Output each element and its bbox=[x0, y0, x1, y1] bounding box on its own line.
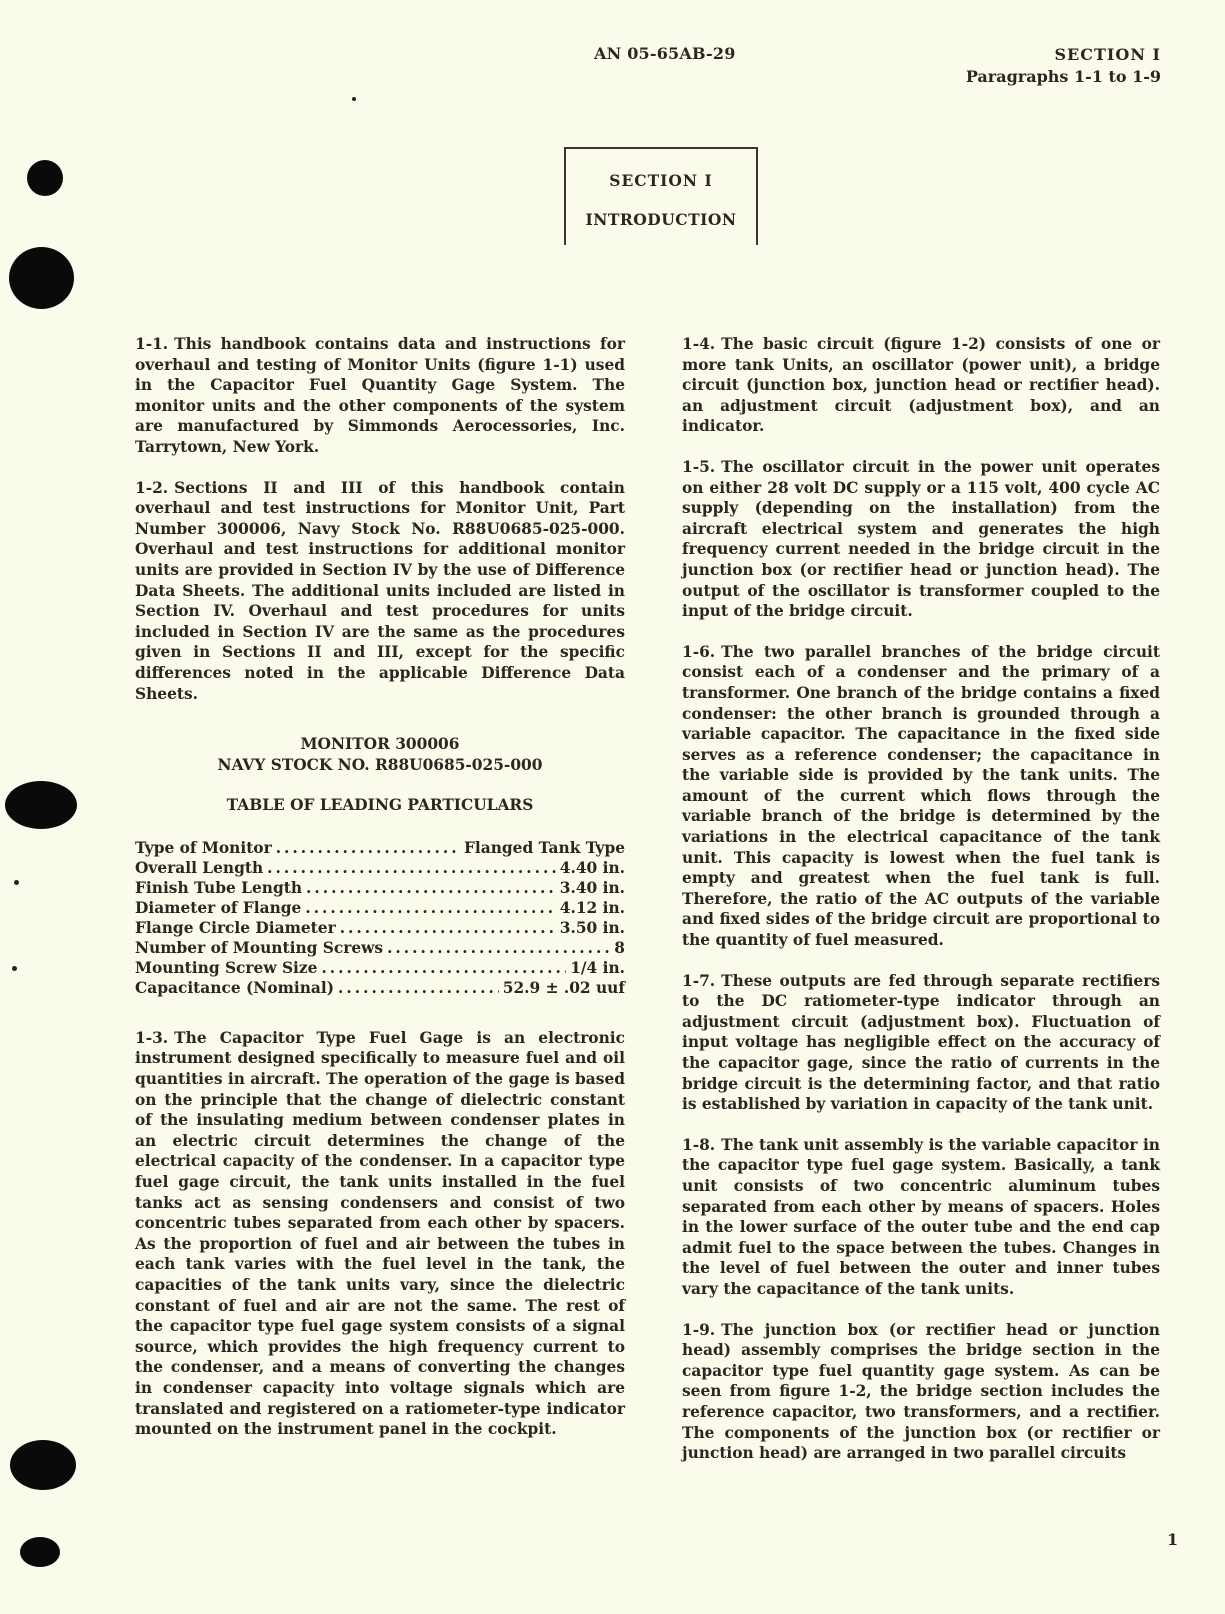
paragraph-1-1: 1-1.This handbook contains data and inst… bbox=[135, 334, 625, 458]
paragraph-number: 1-9. bbox=[682, 1321, 715, 1339]
running-header: SECTION I Paragraphs 1-1 to 1-9 bbox=[966, 44, 1161, 88]
particulars-row: Mounting Screw Size1/4 in. bbox=[135, 958, 625, 978]
scan-speck bbox=[12, 966, 17, 971]
paragraph-text: The Capacitor Type Fuel Gage is an elect… bbox=[135, 1029, 625, 1438]
particular-label: Overall Length bbox=[135, 858, 263, 878]
monitor-model: MONITOR 300006 bbox=[135, 734, 625, 755]
paragraph-1-5: 1-5.The oscillator circuit in the power … bbox=[682, 457, 1160, 622]
dot-leader bbox=[306, 878, 556, 898]
paragraph-1-4: 1-4.The basic circuit (figure 1-2) consi… bbox=[682, 334, 1160, 437]
leading-particulars-table: Type of MonitorFlanged Tank Type Overall… bbox=[135, 838, 625, 998]
particulars-row: Flange Circle Diameter3.50 in. bbox=[135, 918, 625, 938]
header-paragraph-range: Paragraphs 1-1 to 1-9 bbox=[966, 66, 1161, 88]
paragraph-text: The junction box (or rectifier head or j… bbox=[682, 1321, 1160, 1463]
particular-label: Type of Monitor bbox=[135, 838, 272, 858]
binder-hole-4 bbox=[10, 1440, 76, 1490]
dot-leader bbox=[321, 958, 566, 978]
particular-value: 4.12 in. bbox=[560, 898, 625, 918]
particular-value: 4.40 in. bbox=[560, 858, 625, 878]
particular-label: Capacitance (Nominal) bbox=[135, 978, 334, 998]
paragraph-number: 1-4. bbox=[682, 335, 715, 353]
table-title: TABLE OF LEADING PARTICULARS bbox=[135, 795, 625, 816]
scan-speck bbox=[352, 97, 356, 101]
dot-leader bbox=[276, 838, 460, 858]
particulars-row: Finish Tube Length3.40 in. bbox=[135, 878, 625, 898]
particulars-row: Diameter of Flange4.12 in. bbox=[135, 898, 625, 918]
particular-value: 3.50 in. bbox=[560, 918, 625, 938]
particular-value: 52.9 ± .02 uuf bbox=[503, 978, 625, 998]
header-section: SECTION I bbox=[966, 44, 1161, 66]
dot-leader bbox=[305, 898, 555, 918]
particular-value: 8 bbox=[614, 938, 625, 958]
particulars-row: Capacitance (Nominal)52.9 ± .02 uuf bbox=[135, 978, 625, 998]
particular-label: Finish Tube Length bbox=[135, 878, 302, 898]
paragraph-text: The basic circuit (figure 1-2) consists … bbox=[682, 335, 1160, 435]
dot-leader bbox=[340, 918, 556, 938]
dot-leader bbox=[267, 858, 556, 878]
document-number: AN 05-65AB-29 bbox=[594, 44, 736, 63]
particular-label: Diameter of Flange bbox=[135, 898, 301, 918]
page-number: 1 bbox=[1167, 1530, 1178, 1549]
dot-leader bbox=[387, 938, 610, 958]
paragraph-1-2: 1-2.Sections II and III of this handbook… bbox=[135, 478, 625, 705]
section-number: SECTION I bbox=[566, 171, 756, 190]
binder-hole-1 bbox=[27, 160, 63, 196]
scan-speck bbox=[14, 880, 19, 885]
section-title: INTRODUCTION bbox=[566, 210, 756, 229]
right-column: 1-4.The basic circuit (figure 1-2) consi… bbox=[682, 334, 1160, 1484]
paragraph-1-3: 1-3.The Capacitor Type Fuel Gage is an e… bbox=[135, 1028, 625, 1440]
paragraph-1-7: 1-7.These outputs are fed through separa… bbox=[682, 971, 1160, 1115]
paragraph-number: 1-7. bbox=[682, 972, 715, 990]
paragraph-text: This handbook contains data and instruct… bbox=[135, 335, 625, 456]
particulars-row: Number of Mounting Screws8 bbox=[135, 938, 625, 958]
paragraph-text: Sections II and III of this handbook con… bbox=[135, 479, 625, 703]
particular-value: 3.40 in. bbox=[560, 878, 625, 898]
paragraph-text: The two parallel branches of the bridge … bbox=[682, 643, 1160, 949]
navy-stock-number: NAVY STOCK NO. R88U0685-025-000 bbox=[135, 755, 625, 776]
particulars-row: Overall Length4.40 in. bbox=[135, 858, 625, 878]
binder-hole-3 bbox=[5, 781, 77, 829]
paragraph-number: 1-2. bbox=[135, 479, 168, 497]
binder-hole-5 bbox=[20, 1537, 60, 1567]
left-column: 1-1.This handbook contains data and inst… bbox=[135, 334, 625, 1460]
dot-leader bbox=[338, 978, 499, 998]
particular-value: 1/4 in. bbox=[570, 958, 625, 978]
paragraph-number: 1-6. bbox=[682, 643, 715, 661]
particular-value: Flanged Tank Type bbox=[464, 838, 625, 858]
paragraph-number: 1-1. bbox=[135, 335, 168, 353]
section-title-box: SECTION I INTRODUCTION bbox=[564, 147, 758, 245]
paragraph-1-8: 1-8.The tank unit assembly is the variab… bbox=[682, 1135, 1160, 1300]
particular-label: Flange Circle Diameter bbox=[135, 918, 336, 938]
paragraph-number: 1-5. bbox=[682, 458, 715, 476]
paragraph-text: These outputs are fed through separate r… bbox=[682, 972, 1160, 1114]
paragraph-number: 1-3. bbox=[135, 1029, 168, 1047]
particulars-row: Type of MonitorFlanged Tank Type bbox=[135, 838, 625, 858]
binder-hole-2 bbox=[9, 247, 74, 309]
particular-label: Number of Mounting Screws bbox=[135, 938, 383, 958]
paragraph-1-9: 1-9.The junction box (or rectifier head … bbox=[682, 1320, 1160, 1464]
monitor-heading: MONITOR 300006 NAVY STOCK NO. R88U0685-0… bbox=[135, 734, 625, 775]
paragraph-text: The tank unit assembly is the variable c… bbox=[682, 1136, 1160, 1298]
paragraph-text: The oscillator circuit in the power unit… bbox=[682, 458, 1160, 620]
particular-label: Mounting Screw Size bbox=[135, 958, 317, 978]
paragraph-1-6: 1-6.The two parallel branches of the bri… bbox=[682, 642, 1160, 951]
paragraph-number: 1-8. bbox=[682, 1136, 715, 1154]
